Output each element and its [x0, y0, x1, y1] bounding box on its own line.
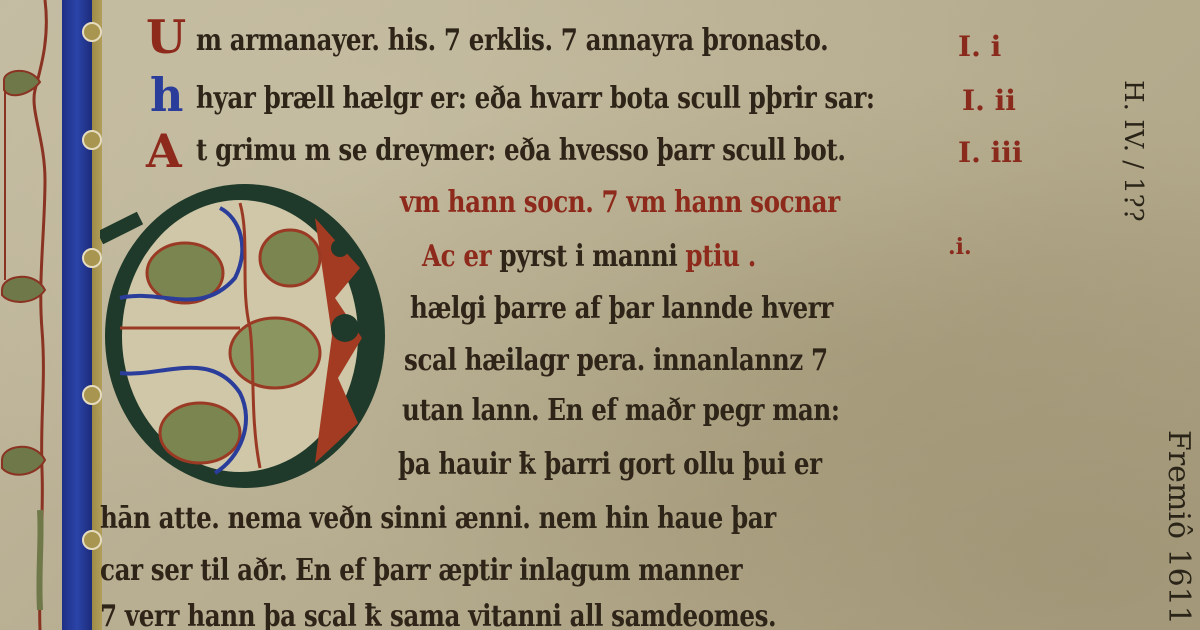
date-annotation: Fremiô 1611	[1161, 430, 1196, 625]
text-line-10: hān atte. nema veðn sinni ænni. nem hin …	[100, 502, 776, 536]
text-line-12: 7 verr hann þa scal ꝁ sama vitanni all s…	[100, 600, 776, 630]
rubric-start: Ac er	[422, 239, 491, 274]
margin-numeral-3: I. iii	[958, 136, 1023, 169]
initial-a: A	[146, 128, 182, 174]
shelfmark-annotation: H. IV. / 1??	[1118, 80, 1148, 222]
rubric-end: ptiu .	[685, 239, 755, 274]
margin-numeral-4: .i.	[948, 234, 972, 260]
text-line-1: m armanayer. his. 7 erklis. 7 annayra þr…	[196, 24, 828, 58]
rubric-heading: vm hann socn. 7 vm hann socnar	[400, 186, 840, 220]
text-line-11: car ser til aðr. En ef þarr æptir inlagu…	[100, 554, 742, 588]
text-line-8: utan lann. En ef maðr pegr man:	[402, 394, 840, 428]
text-line-9: þa hauir ꝁ þarri gort ollu þui er	[398, 448, 822, 482]
text-line-3: t grimu m se dreymer: eða hvesso þarr sc…	[196, 134, 845, 168]
text-black-part: pyrst i manni	[491, 239, 685, 274]
margin-numeral-1: I. i	[958, 30, 1001, 63]
margin-numeral-2: I. ii	[962, 84, 1016, 117]
initial-u: U	[146, 14, 186, 60]
text-line-2: hyar þræll hælgr er: eða hvarr bota scul…	[196, 82, 875, 116]
text-line-5: Ac er pyrst i manni ptiu .	[422, 240, 756, 274]
text-line-7: scal hæilagr pera. innanlannz 7	[404, 344, 828, 378]
text-line-6: hælgi þarre af þar lannde hverr	[410, 292, 833, 326]
initial-h: h	[150, 72, 183, 118]
manuscript-text-block: U h A m armanayer. his. 7 erklis. 7 anna…	[0, 0, 1200, 630]
